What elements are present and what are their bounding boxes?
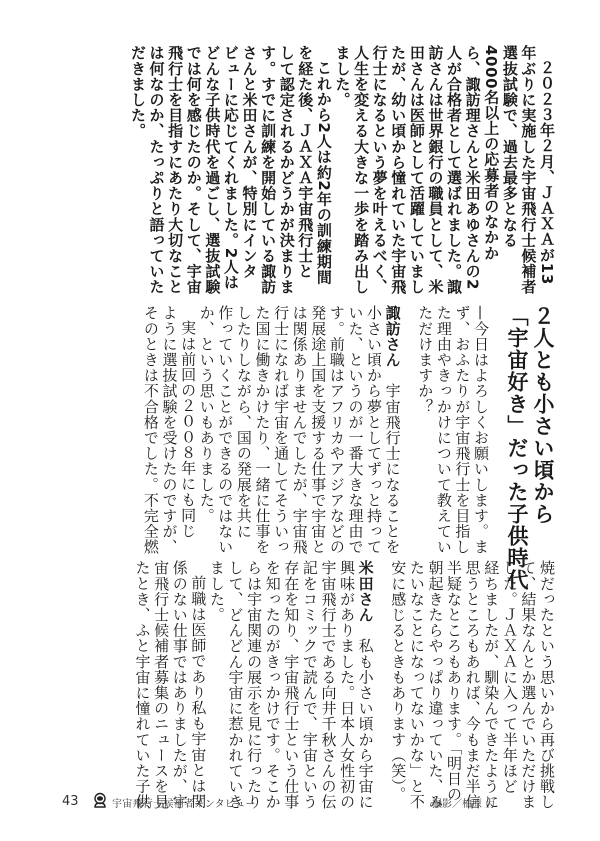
intro-line: どんな子供時代を過ごし、選抜試験	[203, 45, 222, 285]
answer-line: 係のない仕事ではありましたが、宇	[170, 560, 189, 800]
answer-line: 発展途上国を支援する仕事で宇宙と	[309, 305, 328, 545]
intro-line: 訪さんは世界銀行の職員として、米	[426, 45, 445, 285]
answer-line: は関係ありませんでしたが、宇宙飛	[290, 305, 309, 545]
page-number: 43	[62, 794, 79, 809]
answer-line: 作っていくことができるのではない	[216, 305, 235, 545]
interview-section-1: ２人とも小さい頃から 「宇宙好き」だった子供時代 —今日はよろしくお願いします。…	[141, 305, 556, 545]
intro-line: 選抜試験で、過去最多となる	[500, 45, 519, 285]
speaker-suwa: 諏訪さん	[384, 305, 402, 367]
question-line: た理由やきっかけについて教えてい	[434, 305, 453, 545]
interview-section-2: 焼だったという思いから再び挑戦し て、結果なんとか選んでいただけま した。ＪＡＸ…	[133, 560, 556, 800]
answer-line-first: 米田さん 私も小さい頃から宇宙に	[356, 560, 375, 800]
astronaut-helmet-icon	[92, 792, 108, 808]
intro-line: 行士になるという夢を叶えるべく、	[370, 45, 389, 285]
intro-line: は何なのか、たっぷりと語っていた	[147, 45, 166, 285]
answer-line: 興味がありました。日本人女性初の	[337, 560, 356, 800]
answer-line: か、という思いもありました。	[197, 305, 216, 545]
answer-line: 前職は医師であり私も宇宙とは関	[189, 560, 208, 800]
intro-line: ２０２３年２月、ＪＡＸＡが13	[537, 45, 556, 285]
spacer	[402, 305, 416, 545]
answer-line: 実は前回の２００８年にも同じ	[179, 305, 198, 545]
intro-line: して認定されるかどうかが決まりま	[277, 45, 296, 285]
answer-line: て、結果なんとか選んでいただけま	[519, 560, 538, 800]
answer-line: ました。	[207, 560, 226, 800]
photo-credit: 撮影／柏原 力	[432, 795, 495, 810]
intro-line: 飛行士を目指すにあたり大切なこと	[166, 45, 185, 285]
answer-line-first: 諏訪さん 宇宙飛行士になることを	[383, 305, 402, 545]
answer-line: 半疑なところもあります。「明日の	[444, 560, 463, 800]
intro-line: たが、幼い頃から憧れていた宇宙飛	[389, 45, 408, 285]
question-line: ただけますか？	[416, 305, 435, 545]
intro-line: 人生を変える大きな一歩を踏み出し	[351, 45, 370, 285]
answer-line: 経ちましたが、馴染んできたように	[482, 560, 501, 800]
intro-line: を経た後、ＪＡＸＡ宇宙飛行士と	[296, 45, 315, 285]
answer-line: 行士になれば宇宙を通してそういっ	[271, 305, 290, 545]
speaker-yoneda: 米田さん	[357, 560, 375, 622]
answer-line: たいなことになってないかな」と不	[407, 560, 426, 800]
section-heading-line-2: 「宇宙好き」だった子供時代	[504, 305, 530, 545]
spacer	[490, 305, 504, 545]
answer-line: 小さい頃から夢としてずっと持って	[364, 305, 383, 545]
answer-line: 宇宙飛行士である向井千秋さんの伝	[319, 560, 338, 800]
answer-line: したりしながら、国の発展を共に	[234, 305, 253, 545]
answer-line: ように選抜試験を受けたのですが、	[160, 305, 179, 545]
section-heading-line-1: ２人とも小さい頃から	[530, 305, 556, 545]
intro-line: 年ぶりに実施した宇宙飛行士候補者	[519, 45, 538, 285]
answer-line: した。ＪＡＸＡに入って半年ほど	[500, 560, 519, 800]
answer-line: 安に感じるときもあります（笑）。	[389, 560, 408, 800]
question-line: ず、おふたりが宇宙飛行士を目指し	[453, 305, 472, 545]
intro-line: 人が合格者として選ばれました。諏	[444, 45, 463, 285]
intro-line: さんと米田さんが、特別にインタ	[240, 45, 259, 285]
intro-line: 4000名以上の応募者のなかか	[482, 45, 501, 285]
answer-line: を知ったのがきっかけです。そこか	[263, 560, 282, 800]
intro-line: す。すでに訓練を開始している諏訪	[259, 45, 278, 285]
intro-line: ら、諏訪理さんと米田あゆさんの2	[463, 45, 482, 285]
answer-text: 宇宙飛行士になることを	[384, 383, 402, 555]
question-line: —今日はよろしくお願いします。ま	[471, 305, 490, 545]
answer-line: いた、というのが一番大きな理由で	[346, 305, 365, 545]
answer-line: 記をコミックで読んで、宇宙という	[300, 560, 319, 800]
answer-line: 思うところもあれば、今もまだ半信	[463, 560, 482, 800]
spacer	[375, 560, 389, 800]
answer-line: 焼だったという思いから再び挑戦し	[537, 560, 556, 800]
answer-line: 存在を知り、宇宙飛行士という仕事	[282, 560, 301, 800]
intro-line: ました。	[333, 45, 352, 285]
intro-line: これから2人は約2年の訓練期間	[314, 45, 333, 285]
page-footer: 43 宇宙飛行士候補者インタビュー 撮影／柏原 力	[0, 790, 600, 820]
series-title: 宇宙飛行士候補者インタビュー	[112, 795, 256, 810]
answer-line: た国に働きかけたり、一緒に仕事を	[253, 305, 272, 545]
intro-section: ２０２３年２月、ＪＡＸＡが13 年ぶりに実施した宇宙飛行士候補者 選抜試験で、過…	[128, 45, 556, 285]
intro-line: では何を感じたのか。そして、宇宙	[184, 45, 203, 285]
intro-line: 田さんは医師として活躍していまし	[407, 45, 426, 285]
answer-line: らは宇宙関連の展示を見に行ったり	[245, 560, 264, 800]
intro-line: だきました。	[128, 45, 147, 285]
answer-line: す。前職はアフリカやアジアなどの	[327, 305, 346, 545]
answer-line: たとき、ふと宇宙に憧れていた子供	[133, 560, 152, 800]
answer-line: 宙飛行士候補者募集のニュースを見	[152, 560, 171, 800]
answer-line: 朝起きたらやっぱり違っていた、み	[426, 560, 445, 800]
intro-line: ビューに応じてくれました。2人は	[221, 45, 240, 285]
answer-text: 私も小さい頃から宇宙に	[357, 638, 375, 810]
answer-line: そのときは不合格でした。不完全燃	[141, 305, 160, 545]
answer-line: して、どんどん宇宙に惹かれていき	[226, 560, 245, 800]
